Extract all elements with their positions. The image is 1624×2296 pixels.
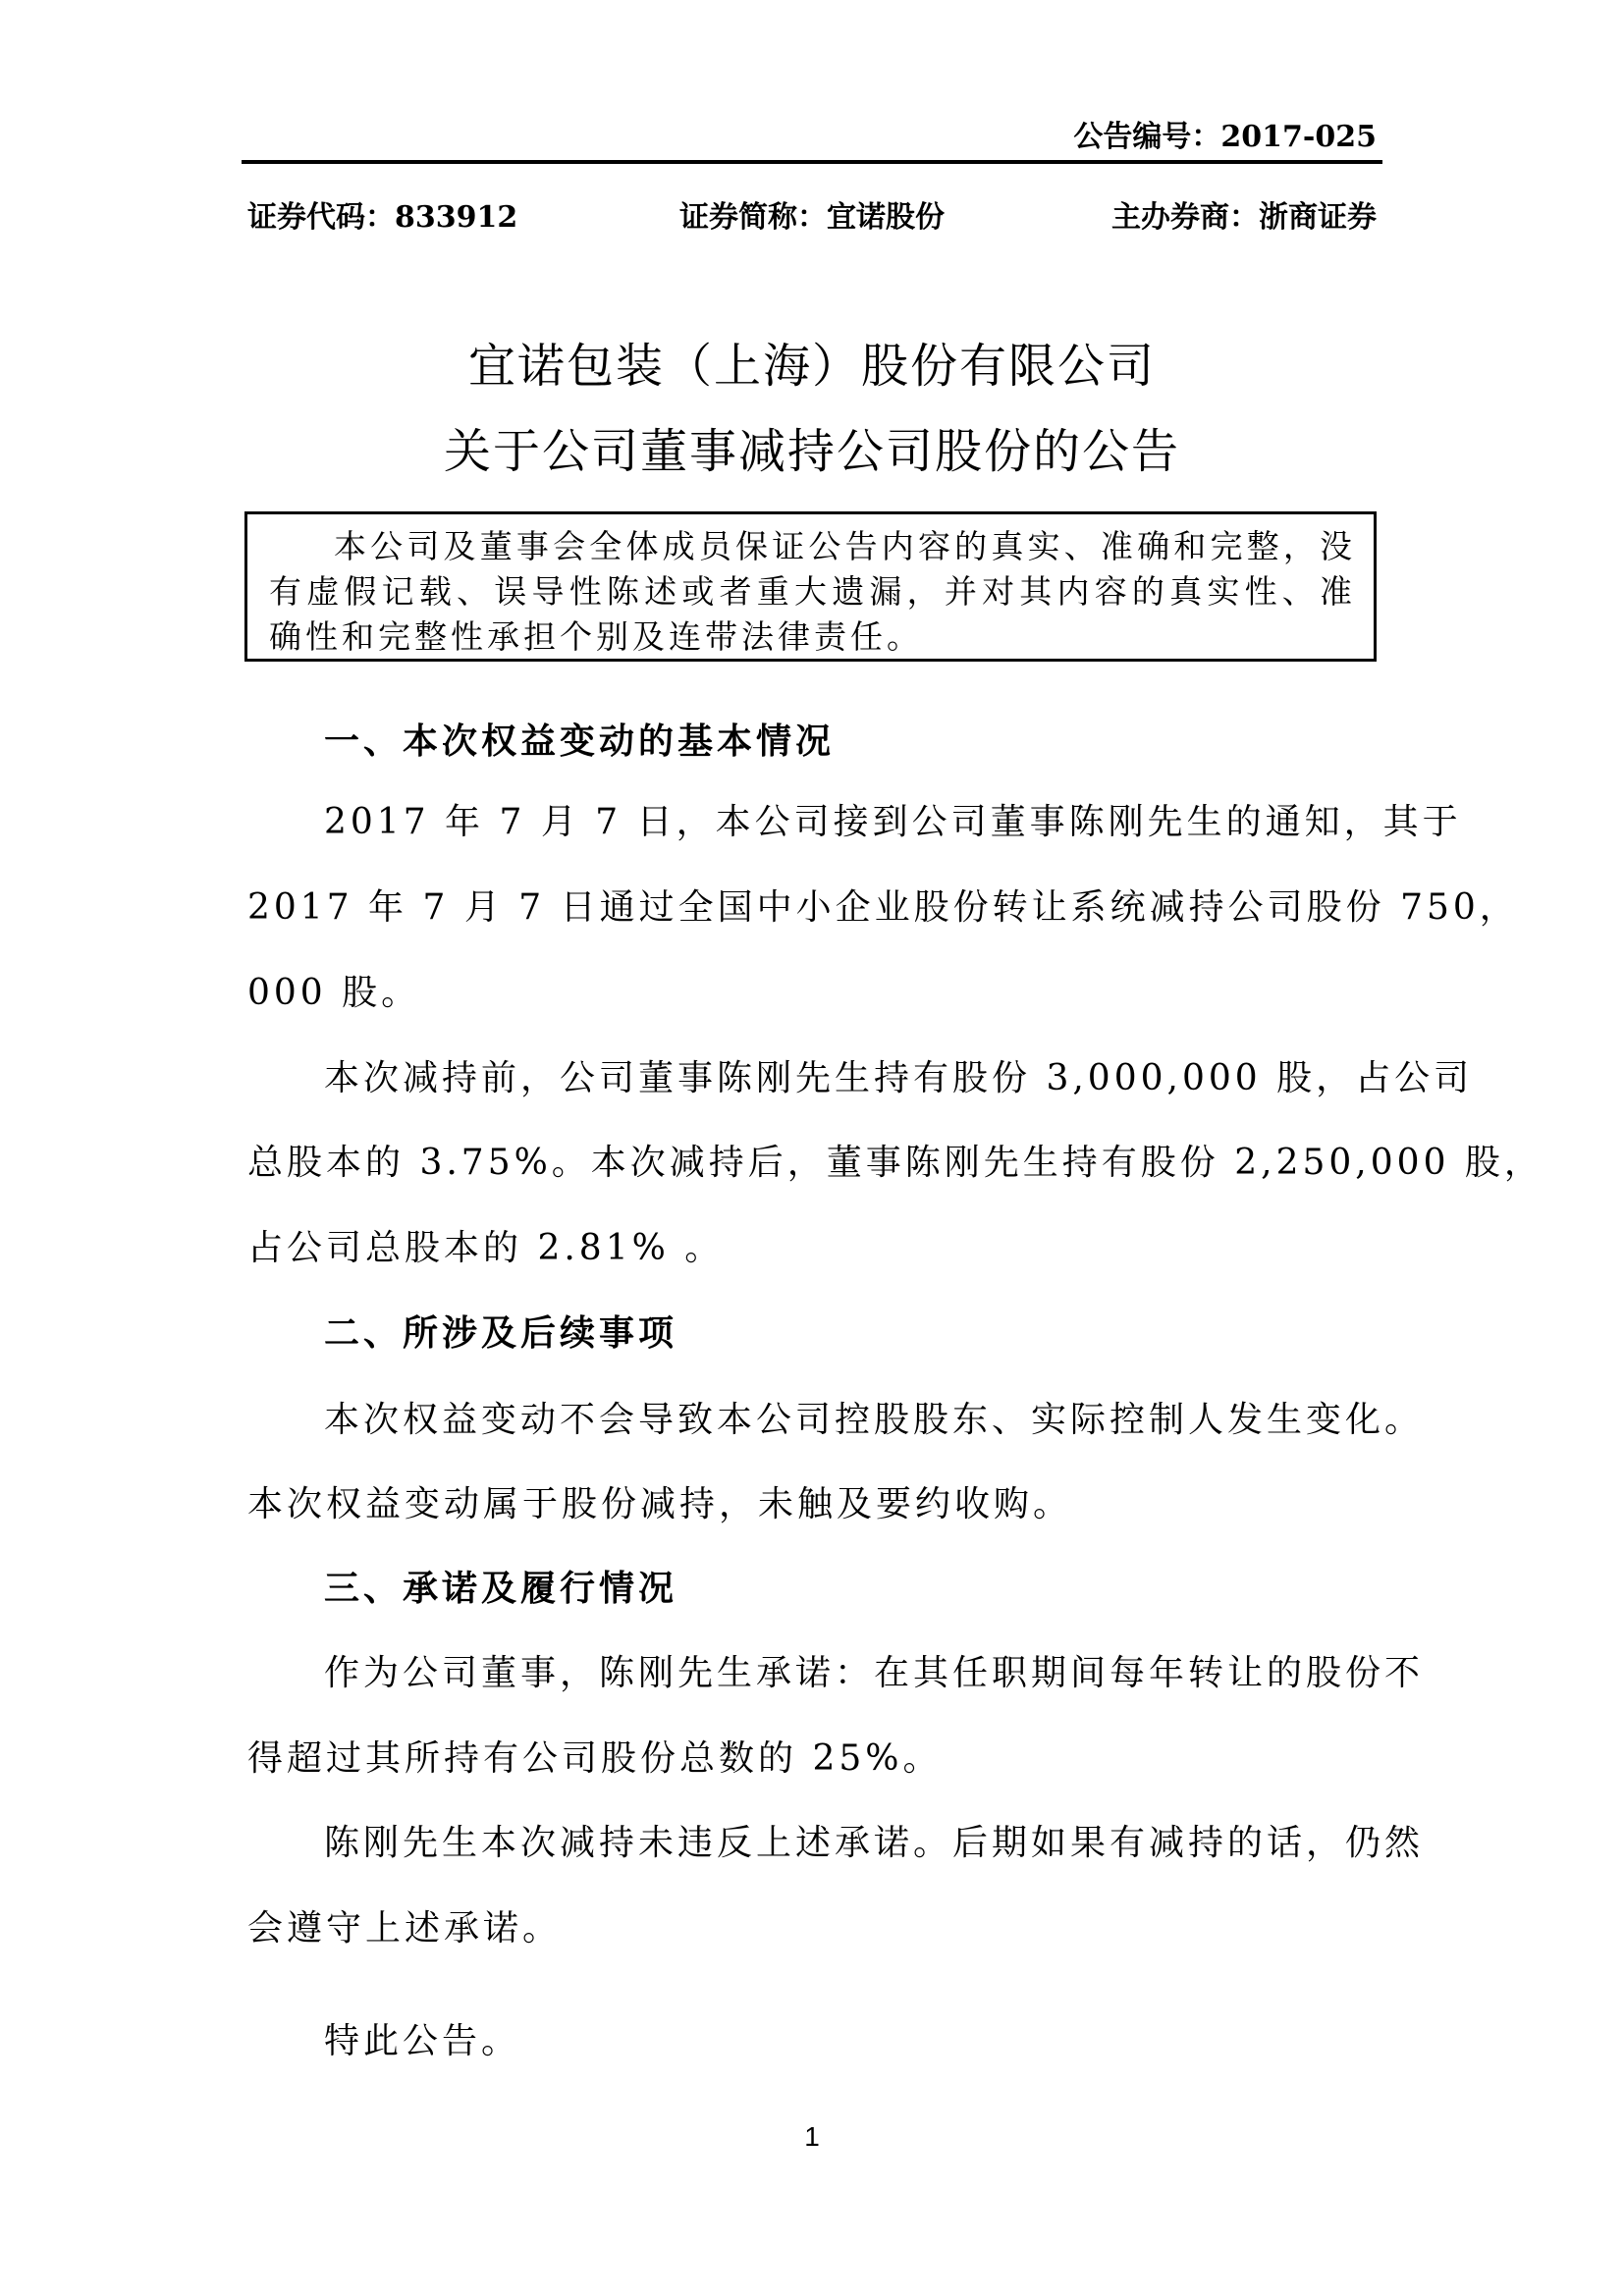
security-short-name: 证券简称：宜诺股份 [0, 200, 1624, 236]
section-heading-2: 二、所涉及后续事项 [324, 1311, 677, 1355]
body-line: 本次权益变动属于股份减持，未触及要约收购。 [247, 1483, 1072, 1526]
body-line: 本次权益变动不会导致本公司控股股东、实际控制人发生变化。 [324, 1399, 1424, 1442]
announcement-number: 公告编号：2017-025 [1073, 120, 1377, 155]
company-title: 宜诺包装（上海）股份有限公司 [0, 339, 1624, 394]
body-line: 000 股。 [247, 972, 420, 1015]
body-line: 本次减持前，公司董事陈刚先生持有股份 3,000,000 股，占公司 [324, 1057, 1473, 1100]
section-heading-3: 三、承诺及履行情况 [324, 1567, 677, 1610]
announcement-title: 关于公司董事减持公司股份的公告 [0, 424, 1624, 479]
body-line: 2017 年 7 月 7 日通过全国中小企业股份转让系统减持公司股份 750， [247, 886, 1519, 930]
disclaimer-text: 本公司及董事会全体成员保证公告内容的真实、准确和完整，没有虚假记载、误导性陈述或… [269, 524, 1356, 660]
closing-statement: 特此公告。 [324, 2020, 520, 2063]
body-line: 会遵守上述承诺。 [247, 1907, 562, 1950]
disclaimer-box: 本公司及董事会全体成员保证公告内容的真实、准确和完整，没有虚假记载、误导性陈述或… [244, 511, 1377, 662]
header-rule [242, 160, 1382, 164]
page-number: 1 [0, 2120, 1624, 2154]
body-line: 2017 年 7 月 7 日，本公司接到公司董事陈刚先生的通知，其于 [324, 801, 1462, 844]
sponsor-broker: 主办券商：浙商证券 [1111, 200, 1377, 236]
body-line: 占公司总股本的 2.81% 。 [247, 1227, 724, 1270]
body-line: 总股本的 3.75%。本次减持后，董事陈刚先生持有股份 2,250,000 股， [247, 1142, 1543, 1185]
body-line: 作为公司董事，陈刚先生承诺：在其任职期间每年转让的股份不 [324, 1652, 1424, 1695]
body-line: 得超过其所持有公司股份总数的 25%。 [247, 1737, 942, 1781]
body-line: 陈刚先生本次减持未违反上述承诺。后期如果有减持的话，仍然 [324, 1822, 1424, 1865]
section-heading-1: 一、本次权益变动的基本情况 [324, 720, 835, 763]
